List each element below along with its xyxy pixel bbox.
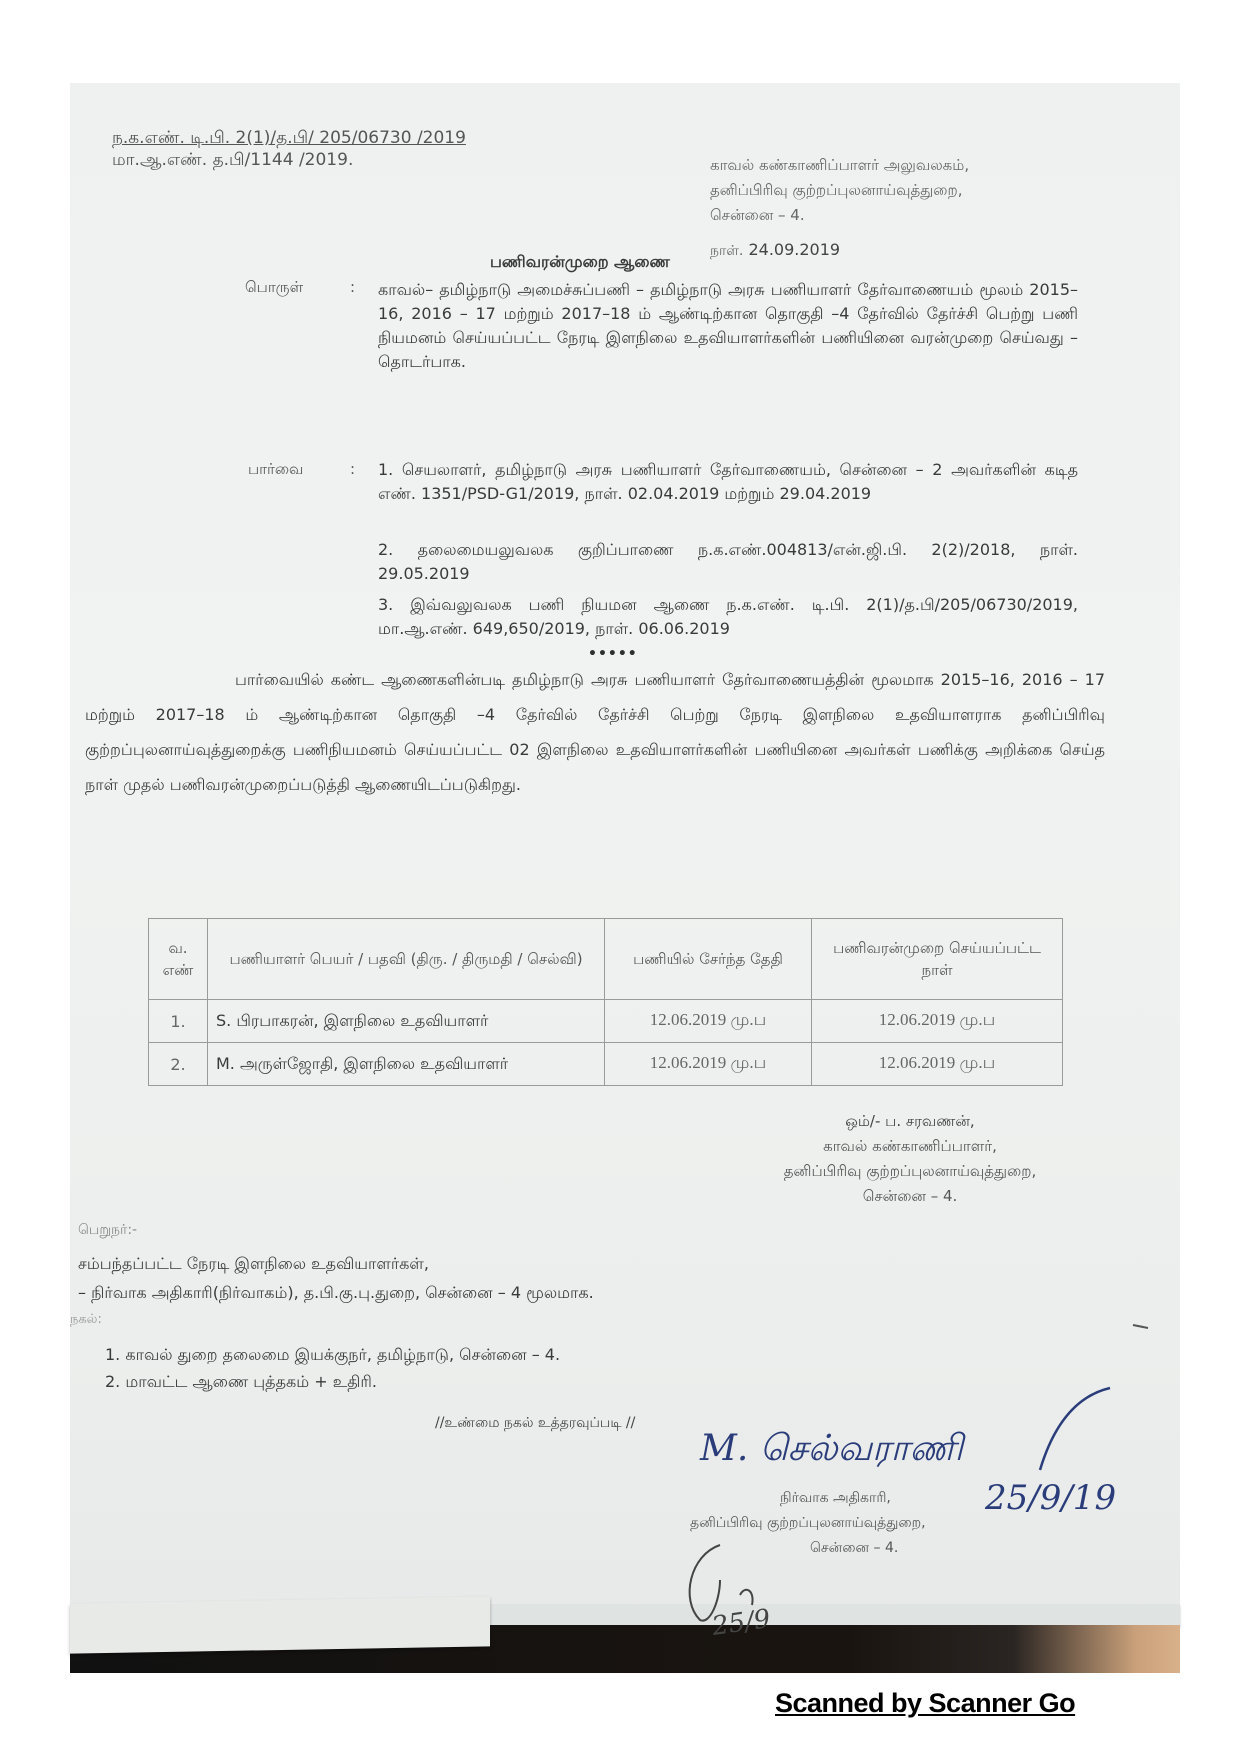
office-address-line: காவல் கண்காணிப்பாளர் அலுவலகம், (710, 156, 969, 176)
cell-regularization-date: 12.06.2019 மு.ப (812, 1000, 1063, 1043)
signatory-department: தனிப்பிரிவு குற்றப்புலனாய்வுத்துறை, (700, 1162, 1120, 1182)
paper-edge (490, 1604, 1180, 1626)
date-value: 24.09.2019 (748, 240, 840, 259)
scanner-watermark: Scanned by Scanner Go (775, 1688, 1075, 1719)
copy-item: 1. காவல் துறை தலைமை இயக்குநர், தமிழ்நாடு… (105, 1345, 560, 1366)
section-separator: ••••• (588, 646, 638, 662)
order-reference-number: மா.ஆ.எண். த.பி/1144 /2019. (112, 150, 353, 172)
employee-regularization-table: வ. எண் பணியாளர் பெயர் / பதவி (திரு. / தி… (148, 918, 1063, 1086)
recipient-line: – நிர்வாக அதிகாரி(நிர்வாகம்), த.பி.கு.பு… (78, 1283, 594, 1304)
table-row: 2. M. அருள்ஜோதி, இளநிலை உதவியாளர் 12.06.… (149, 1043, 1063, 1086)
reference-item-1: 1. செயலாளர், தமிழ்நாடு அரசு பணியாளர் தேர… (378, 458, 1078, 506)
folded-paper-strip (70, 1596, 490, 1653)
recipient-line: சம்பந்தப்பட்ட நேரடி இளநிலை உதவியாளர்கள், (78, 1254, 429, 1275)
true-copy-statement: //உண்மை நகல் உத்தரவுப்படி // (435, 1415, 635, 1433)
office-address-line: சென்னை – 4. (710, 206, 805, 226)
subject-text: காவல்– தமிழ்நாடு அமைச்சுப்பணி – தமிழ்நாட… (378, 278, 1078, 374)
handwritten-date: 25/9/19 (985, 1478, 1116, 1518)
references-label: பார்வை (248, 460, 303, 480)
signatory-designation: காவல் கண்காணிப்பாளர், (700, 1137, 1120, 1157)
table-row: 1. S. பிரபாகரன், இளநிலை உதவியாளர் 12.06.… (149, 1000, 1063, 1043)
references-colon: : (350, 460, 355, 478)
reference-item-3: 3. இவ்வலுவலக பணி நியமன ஆணை ந.க.எண். டி.ப… (378, 593, 1078, 641)
header-joining-date: பணியில் சேர்ந்த தேதி (605, 919, 812, 1000)
subject-label: பொருள் (245, 278, 303, 298)
order-title: பணிவரன்முறை ஆணை (490, 252, 670, 273)
recipients-label: பெறுநர்:- (78, 1222, 137, 1240)
cell-employee-name: S. பிரபாகரன், இளநிலை உதவியாளர் (208, 1000, 605, 1043)
header-employee-name: பணியாளர் பெயர் / பதவி (திரு. / திருமதி /… (208, 919, 605, 1000)
signatory-name: ஒம்/- ப. சரவணன், (700, 1112, 1120, 1132)
order-date: நாள். 24.09.2019 (710, 240, 840, 261)
cell-regularization-date: 12.06.2019 மு.ப (812, 1043, 1063, 1086)
header-regularization-date: பணிவரன்முறை செய்யப்பட்ட நாள் (812, 919, 1063, 1000)
cell-employee-name: M. அருள்ஜோதி, இளநிலை உதவியாளர் (208, 1043, 605, 1086)
cell-serial-no: 2. (149, 1043, 208, 1086)
attestation-designation: நிர்வாக அதிகாரி, (780, 1490, 891, 1508)
cell-joining-date: 12.06.2019 மு.ப (605, 1043, 812, 1086)
handwritten-signature: M. செல்வராணி (700, 1428, 963, 1474)
copy-item: 2. மாவட்ட ஆணை புத்தகம் + உதிரி. (105, 1372, 377, 1393)
table-header-row: வ. எண் பணியாளர் பெயர் / பதவி (திரு. / தி… (149, 919, 1063, 1000)
date-label: நாள். (710, 243, 743, 259)
office-address-line: தனிப்பிரிவு குற்றப்புலனாய்வுத்துறை, (710, 181, 962, 201)
cell-serial-no: 1. (149, 1000, 208, 1043)
order-body-paragraph: பார்வையில் கண்ட ஆணைகளின்படி தமிழ்நாடு அர… (85, 662, 1105, 802)
attestation-department: தனிப்பிரிவு குற்றப்புலனாய்வுத்துறை, (690, 1515, 926, 1533)
attestation-city: சென்னை – 4. (810, 1540, 898, 1558)
header-serial-no: வ. எண் (149, 919, 208, 1000)
cell-joining-date: 12.06.2019 மு.ப (605, 1000, 812, 1043)
reference-item-2: 2. தலைமையலுவலக குறிப்பாணை ந.க.எண்.004813… (378, 538, 1078, 586)
copies-label: நகல்: (70, 1312, 102, 1328)
subject-colon: : (350, 278, 355, 296)
file-reference-number: ந.க.எண். டி.பி. 2(1)/த.பி/ 205/06730 /20… (112, 128, 466, 150)
signatory-city: சென்னை – 4. (700, 1187, 1120, 1207)
